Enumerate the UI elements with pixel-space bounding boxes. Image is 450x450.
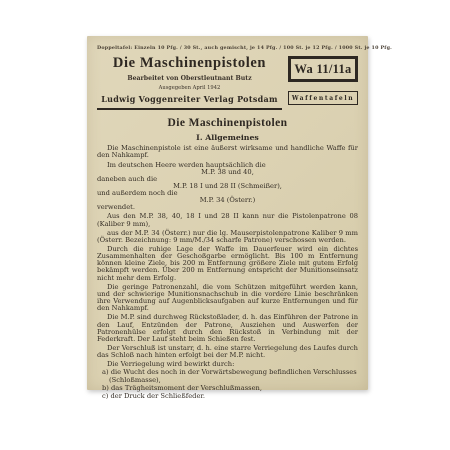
body-heading: Die Maschinenpistolen (97, 117, 358, 129)
text-block: Durch die ruhige Lage der Waffe im Dauer… (97, 246, 358, 281)
editor-line: Bearbeitet von Oberstleutnant Butz (97, 75, 282, 82)
text-block: M.P. 34 (Österr.) (97, 197, 358, 204)
text-block: b) das Trägheitsmoment der Verschlußmass… (97, 385, 358, 392)
catalog-number-box: Wa 11/11a (288, 56, 358, 82)
header-divider (97, 108, 282, 110)
scan-background: { "colors": { "paper": "#dcd2b3", "ink":… (0, 0, 450, 450)
issue-date-line: Ausgegeben April 1942 (97, 85, 282, 91)
document-header: Die Maschinenpistolen Bearbeitet von Obe… (97, 56, 358, 110)
price-line: Doppeltafel: Einzeln 10 Pfg. / 30 St., a… (97, 45, 358, 51)
section-heading: I. Allgemeines (97, 133, 358, 142)
text-block: verwendet. (97, 204, 358, 211)
text-block: Die M.P. sind durchweg Rückstoßlader, d.… (97, 314, 358, 342)
header-title-block: Die Maschinenpistolen Bearbeitet von Obe… (97, 56, 282, 110)
publisher-line: Ludwig Voggenreiter Verlag Potsdam (97, 94, 282, 104)
text-block: Die geringe Patronenzahl, die vom Schütz… (97, 284, 358, 312)
document-page: Doppeltafel: Einzeln 10 Pfg. / 30 St., a… (87, 36, 368, 390)
text-block: Die Maschinenpistole ist eine äußerst wi… (97, 145, 358, 159)
text-block: aus der M.P. 34 (Österr.) nur die lg. Ma… (97, 230, 358, 244)
text-block: a) die Wucht des noch in der Vorwärtsbew… (97, 369, 358, 383)
series-label-box: Waffentafeln (288, 91, 358, 105)
header-catalog-block: Wa 11/11a Waffentafeln (288, 56, 358, 105)
document-title: Die Maschinenpistolen (97, 56, 282, 71)
body-text: Die Maschinenpistole ist eine äußerst wi… (97, 145, 358, 400)
text-block: Aus den M.P. 38, 40, 18 I und 28 II kann… (97, 213, 358, 227)
text-block: c) der Druck der Schließfeder. (97, 393, 358, 400)
text-block: Der Verschluß ist unstarr, d. h. eine st… (97, 345, 358, 359)
text-block: Die Verriegelung wird bewirkt durch: (97, 361, 358, 368)
